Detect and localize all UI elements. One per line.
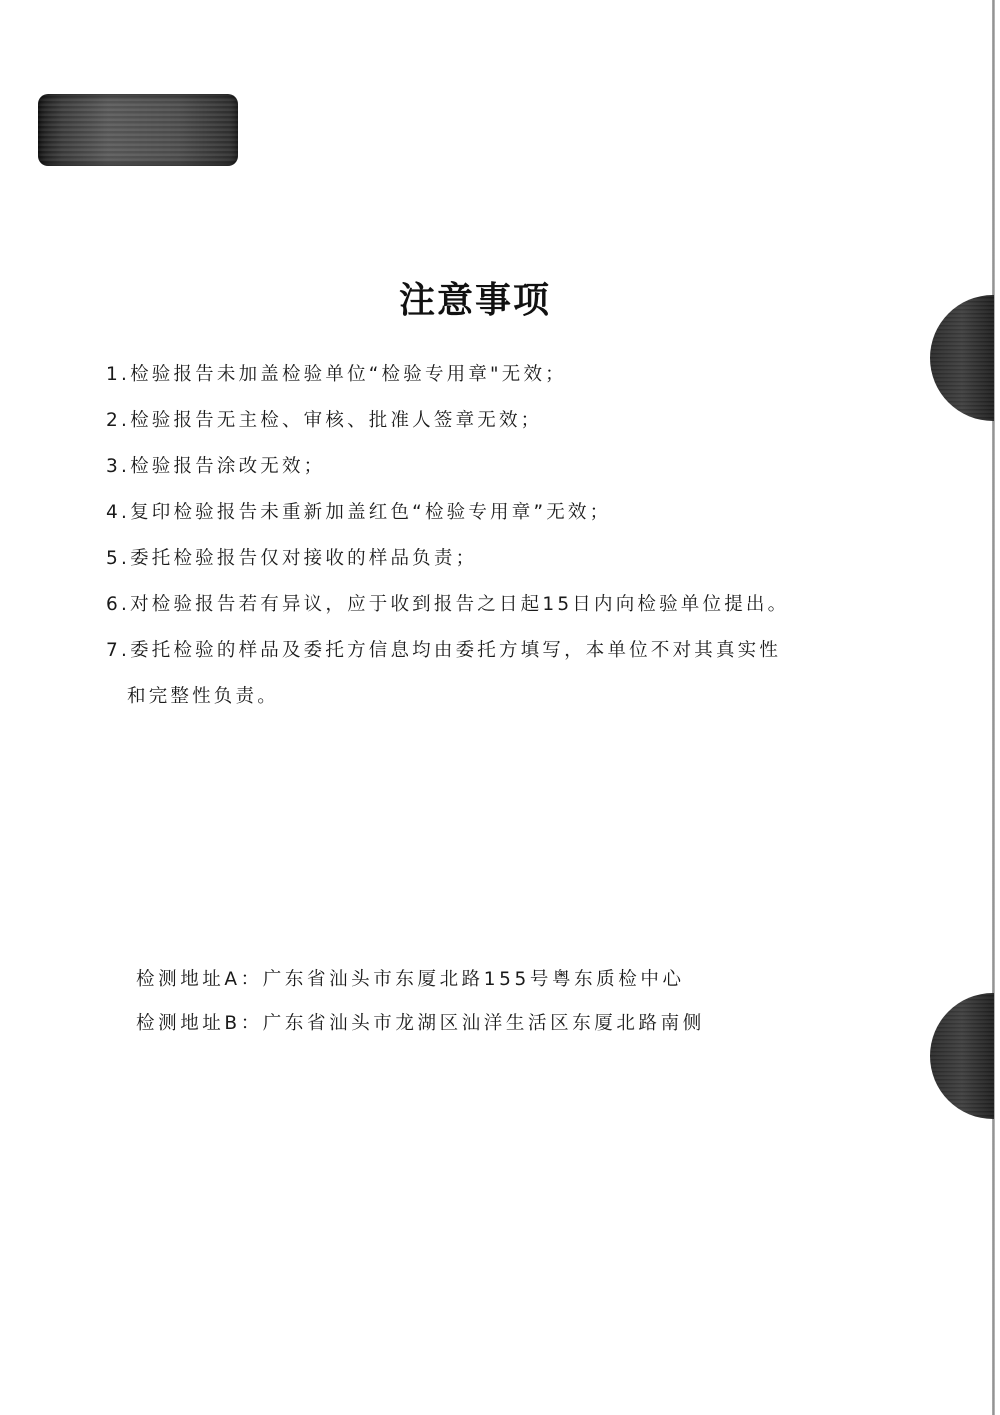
address-a: 检测地址A：广东省汕头市东厦北路155号粤东质检中心: [136, 966, 856, 994]
note-text: 检验报告无主检、审核、批准人签章无效；: [130, 410, 542, 431]
address-value: 广东省汕头市龙湖区汕洋生活区东厦北路南侧: [263, 1013, 705, 1034]
binder-hole-icon: [930, 993, 994, 1119]
note-item-2: 2.检验报告无主检、审核、批准人签章无效；: [106, 406, 886, 435]
note-number: 1.: [106, 364, 130, 385]
note-text: 对检验报告若有异议，应于收到报告之日起15日内向检验单位提出。: [130, 594, 789, 615]
note-item-6: 6.对检验报告若有异议，应于收到报告之日起15日内向检验单位提出。: [106, 590, 886, 619]
note-text: 复印检验报告未重新加盖红色“检验专用章”无效；: [130, 502, 611, 523]
redacted-block: [38, 94, 238, 166]
note-number: 3.: [106, 456, 130, 477]
note-text: 委托检验报告仅对接收的样品负责；: [130, 548, 477, 569]
note-number: 4.: [106, 502, 130, 523]
note-text: 检验报告未加盖检验单位“检验专用章"无效；: [130, 364, 567, 385]
note-item-7: 7.委托检验的样品及委托方信息均由委托方填写，本单位不对其真实性 和完整性负责。: [106, 636, 886, 711]
address-label: 检测地址A：: [136, 969, 263, 990]
address-value: 广东省汕头市东厦北路155号粤东质检中心: [263, 969, 685, 990]
note-number: 2.: [106, 410, 130, 431]
page-title: 注意事项: [0, 272, 950, 323]
note-item-3: 3.检验报告涂改无效；: [106, 452, 886, 481]
note-continuation: 和完整性负责。: [106, 682, 886, 711]
note-number: 7.: [106, 640, 130, 661]
note-number: 6.: [106, 594, 130, 615]
note-number: 5.: [106, 548, 130, 569]
note-item-1: 1.检验报告未加盖检验单位“检验专用章"无效；: [106, 360, 886, 389]
note-item-5: 5.委托检验报告仅对接收的样品负责；: [106, 544, 886, 573]
note-text: 委托检验的样品及委托方信息均由委托方填写，本单位不对其真实性: [130, 640, 781, 661]
address-section: 检测地址A：广东省汕头市东厦北路155号粤东质检中心 检测地址B：广东省汕头市龙…: [136, 966, 856, 1054]
address-label: 检测地址B：: [136, 1013, 263, 1034]
binder-edge: [992, 0, 995, 1415]
address-b: 检测地址B：广东省汕头市龙湖区汕洋生活区东厦北路南侧: [136, 1010, 856, 1038]
note-text: 检验报告涂改无效；: [130, 456, 325, 477]
notes-list: 1.检验报告未加盖检验单位“检验专用章"无效； 2.检验报告无主检、审核、批准人…: [106, 360, 886, 728]
note-item-4: 4.复印检验报告未重新加盖红色“检验专用章”无效；: [106, 498, 886, 527]
